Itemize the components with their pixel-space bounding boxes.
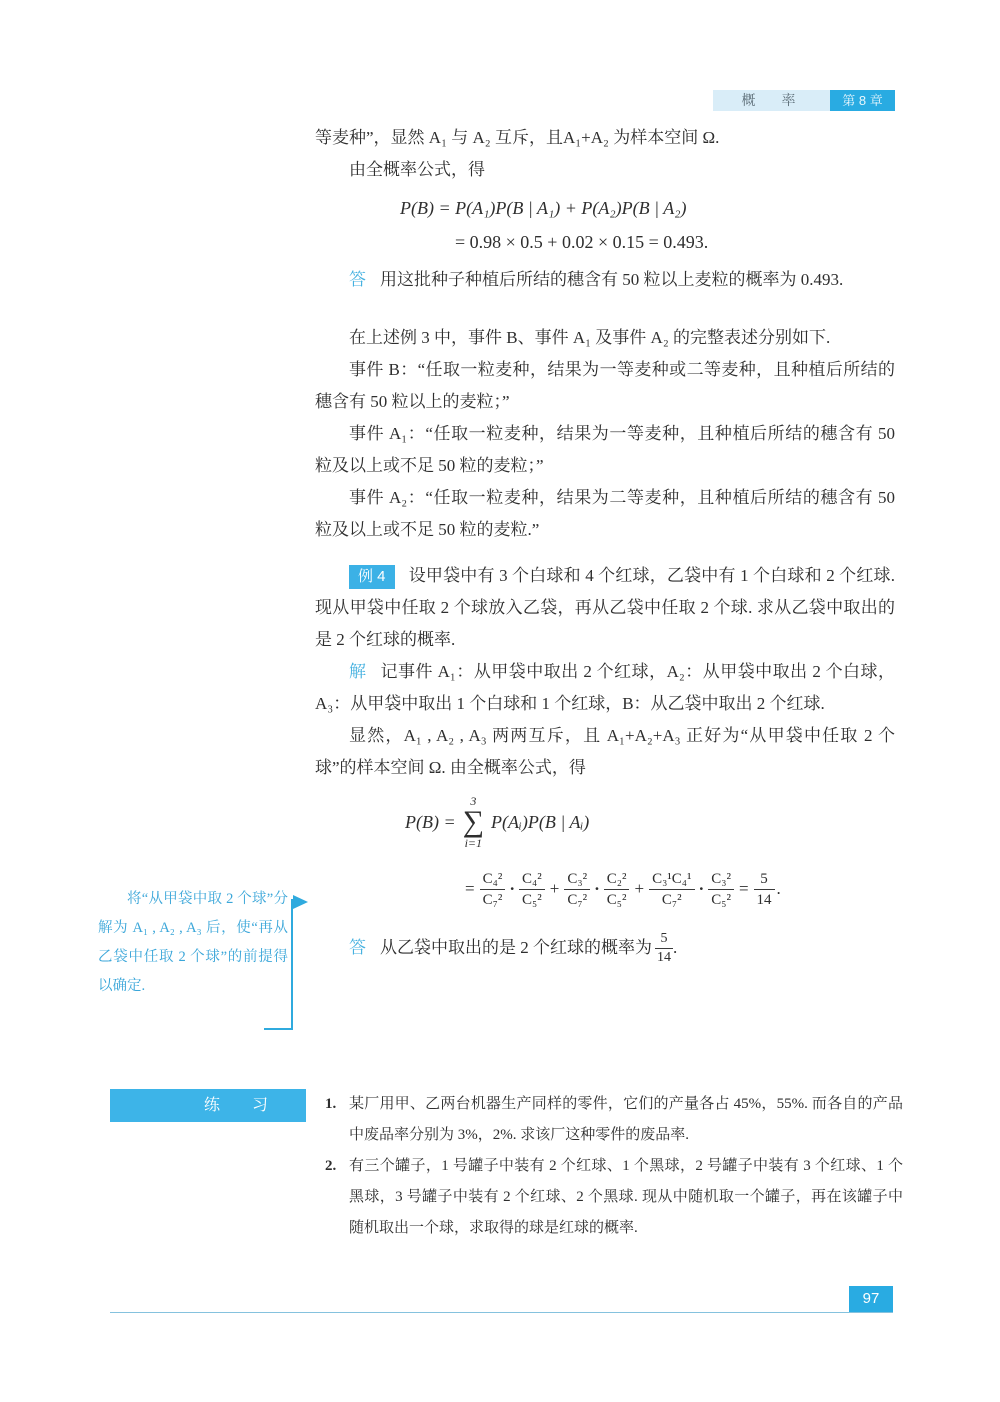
- exercise-item-1: 1. 某厂用甲、乙两台机器生产同样的零件，它们的产量各占 45%，55%. 而各…: [325, 1089, 903, 1151]
- display-formula-example4: P(B) = 3 ∑ i=1 P(Aᵢ)P(B | Aᵢ) = C₄²C₇² ·…: [315, 792, 895, 918]
- multiplication-dot: ·: [509, 879, 515, 899]
- paragraph-event-b: 事件 B：“任取一粒麦种，结果为一等麦种或二等麦种，且种植后所结的穗含有 50 …: [315, 354, 895, 418]
- fraction-numerator: 5: [754, 869, 775, 890]
- sum-lower-limit: i=1: [465, 837, 482, 849]
- header-chapter-badge: 第 8 章: [830, 90, 895, 111]
- fraction-result: 514: [754, 869, 775, 910]
- page-number-badge: 97: [849, 1286, 893, 1312]
- fraction-numerator: C₃²: [564, 869, 590, 890]
- multiplication-dot: ·: [594, 879, 600, 899]
- example4-text: 设甲袋中有 3 个白球和 4 个红球，乙袋中有 1 个白球和 2 个红球. 现从…: [315, 566, 895, 649]
- fraction-numerator: C₃²: [708, 869, 734, 890]
- margin-note: 将“从甲袋中取 2 个球”分解为 A₁ , A₂ , A₃ 后，使“再从乙袋中任…: [98, 885, 288, 1001]
- fraction-denominator: C₅²: [519, 890, 545, 910]
- flag-icon: [293, 895, 308, 909]
- fraction: C₄²C₅²: [519, 869, 545, 910]
- sigma-icon: ∑: [463, 807, 484, 837]
- fraction-denominator: C₅²: [604, 890, 630, 910]
- fraction-numerator: C₃¹C₄¹: [649, 869, 694, 890]
- fraction: C₄²C₇²: [480, 869, 506, 910]
- plus-sign: +: [634, 879, 644, 899]
- main-content: 等麦种”，显然 A₁ 与 A₂ 互斥，且A₁+A₂ 为样本空间 Ω. 由全概率公…: [315, 122, 895, 972]
- solution-text: 记事件 A₁：从甲袋中取出 2 个红球，A₂：从甲袋中取出 2 个白球，A₃：从…: [315, 662, 895, 713]
- fraction-denominator: C₅²: [708, 890, 734, 910]
- fraction-numerator: C₄²: [480, 869, 506, 890]
- textbook-page: 概 率 第 8 章 等麦种”，显然 A₁ 与 A₂ 互斥，且A₁+A₂ 为样本空…: [0, 0, 1000, 1402]
- footer-rule: [110, 1312, 893, 1313]
- fraction-numerator: C₄²: [519, 869, 545, 890]
- margin-bracket-foot: [264, 1028, 293, 1030]
- fraction: C₃²C₇²: [564, 869, 590, 910]
- exercise-item-2: 2. 有三个罐子，1 号罐子中装有 2 个红球、1 个黑球，2 号罐子中装有 3…: [325, 1151, 903, 1244]
- header-course-label: 概 率: [713, 90, 830, 111]
- equals-sign: =: [739, 879, 749, 899]
- paragraph-obviously: 显然，A₁ , A₂ , A₃ 两两互斥，且 A₁+A₂+A₃ 正好为“从甲袋中…: [315, 720, 895, 784]
- example4-badge: 例 4: [349, 565, 395, 589]
- sum-lhs: P(B) =: [405, 812, 456, 833]
- fraction-numerator: 5: [655, 930, 673, 949]
- fraction-denominator: C₇²: [480, 890, 506, 910]
- exercise-text: 有三个罐子，1 号罐子中装有 2 个红球、1 个黑球，2 号罐子中装有 3 个红…: [349, 1151, 903, 1244]
- page-header: 概 率 第 8 章: [713, 90, 895, 111]
- summation-line: P(B) = 3 ∑ i=1 P(Aᵢ)P(B | Aᵢ): [315, 792, 895, 852]
- multiplication-dot: ·: [699, 879, 705, 899]
- formula-line-2: = 0.98 × 0.5 + 0.02 × 0.15 = 0.493.: [315, 225, 895, 259]
- exercise-list: 1. 某厂用甲、乙两台机器生产同样的零件，它们的产量各占 45%，55%. 而各…: [325, 1089, 903, 1244]
- fraction-result: 514: [655, 930, 673, 967]
- fraction-numerator: C₂²: [604, 869, 630, 890]
- fraction: C₂²C₅²: [604, 869, 630, 910]
- solution-paragraph: 解记事件 A₁：从甲袋中取出 2 个红球，A₂：从甲袋中取出 2 个白球，A₃：…: [315, 656, 895, 720]
- paragraph-formula-intro: 由全概率公式，得: [315, 154, 895, 186]
- formula-line-1: P(B) = P(A₁)P(B | A₁) + P(A₂)P(B | A₂): [315, 191, 895, 225]
- example4-paragraph: 例 4设甲袋中有 3 个白球和 4 个红球，乙袋中有 1 个白球和 2 个红球.…: [315, 560, 895, 656]
- paragraph-event-a2: 事件 A₂：“任取一粒麦种，结果为二等麦种，且种植后所结的穗含有 50 粒及以上…: [315, 482, 895, 546]
- fraction-denominator: C₇²: [564, 890, 590, 910]
- margin-note-text: 将“从甲袋中取 2 个球”分解为 A₁ , A₂ , A₃ 后，使“再从乙袋中任…: [98, 885, 288, 1001]
- plus-sign: +: [550, 879, 560, 899]
- paragraph-carryover: 等麦种”，显然 A₁ 与 A₂ 互斥，且A₁+A₂ 为样本空间 Ω.: [315, 122, 895, 154]
- exercise-text: 某厂用甲、乙两台机器生产同样的零件，它们的产量各占 45%，55%. 而各自的产…: [349, 1089, 903, 1151]
- exercise-number: 1.: [325, 1089, 349, 1151]
- answer2-label: 答: [349, 932, 366, 964]
- period: .: [673, 932, 677, 964]
- exercise-number: 2.: [325, 1151, 349, 1244]
- equals-sign: =: [465, 879, 475, 899]
- answer1-label: 答: [349, 270, 366, 289]
- fraction-denominator: C₇²: [649, 890, 694, 910]
- sigma-summation-symbol: 3 ∑ i=1: [463, 795, 484, 849]
- margin-bracket-line: [291, 899, 293, 1030]
- fraction: C₃¹C₄¹C₇²: [649, 869, 694, 910]
- answer2-paragraph: 答 从乙袋中取出的是 2 个红球的概率为 514 .: [315, 924, 895, 972]
- display-formula-total-probability: P(B) = P(A₁)P(B | A₁) + P(A₂)P(B | A₂) =…: [315, 191, 895, 259]
- paragraph-example3-intro: 在上述例 3 中，事件 B、事件 A₁ 及事件 A₂ 的完整表述分别如下.: [315, 322, 895, 354]
- period: .: [777, 879, 781, 899]
- fraction-denominator: 14: [655, 949, 673, 967]
- fraction: C₃²C₅²: [708, 869, 734, 910]
- sum-rhs: P(Aᵢ)P(B | Aᵢ): [491, 812, 589, 833]
- answer2-text: 从乙袋中取出的是 2 个红球的概率为: [380, 932, 652, 964]
- answer1-paragraph: 答用这批种子种植后所结的穗含有 50 粒以上麦粒的概率为 0.493.: [315, 264, 895, 296]
- exercise-heading: 练 习: [110, 1089, 306, 1122]
- solution-label: 解: [349, 662, 366, 681]
- fraction-denominator: 14: [754, 890, 775, 910]
- fraction-line: = C₄²C₇² · C₄²C₅² + C₃²C₇² · C₂²C₅² + C₃…: [315, 860, 895, 918]
- answer1-text: 用这批种子种植后所结的穗含有 50 粒以上麦粒的概率为 0.493.: [380, 270, 843, 289]
- paragraph-event-a1: 事件 A₁：“任取一粒麦种，结果为一等麦种，且种植后所结的穗含有 50 粒及以上…: [315, 418, 895, 482]
